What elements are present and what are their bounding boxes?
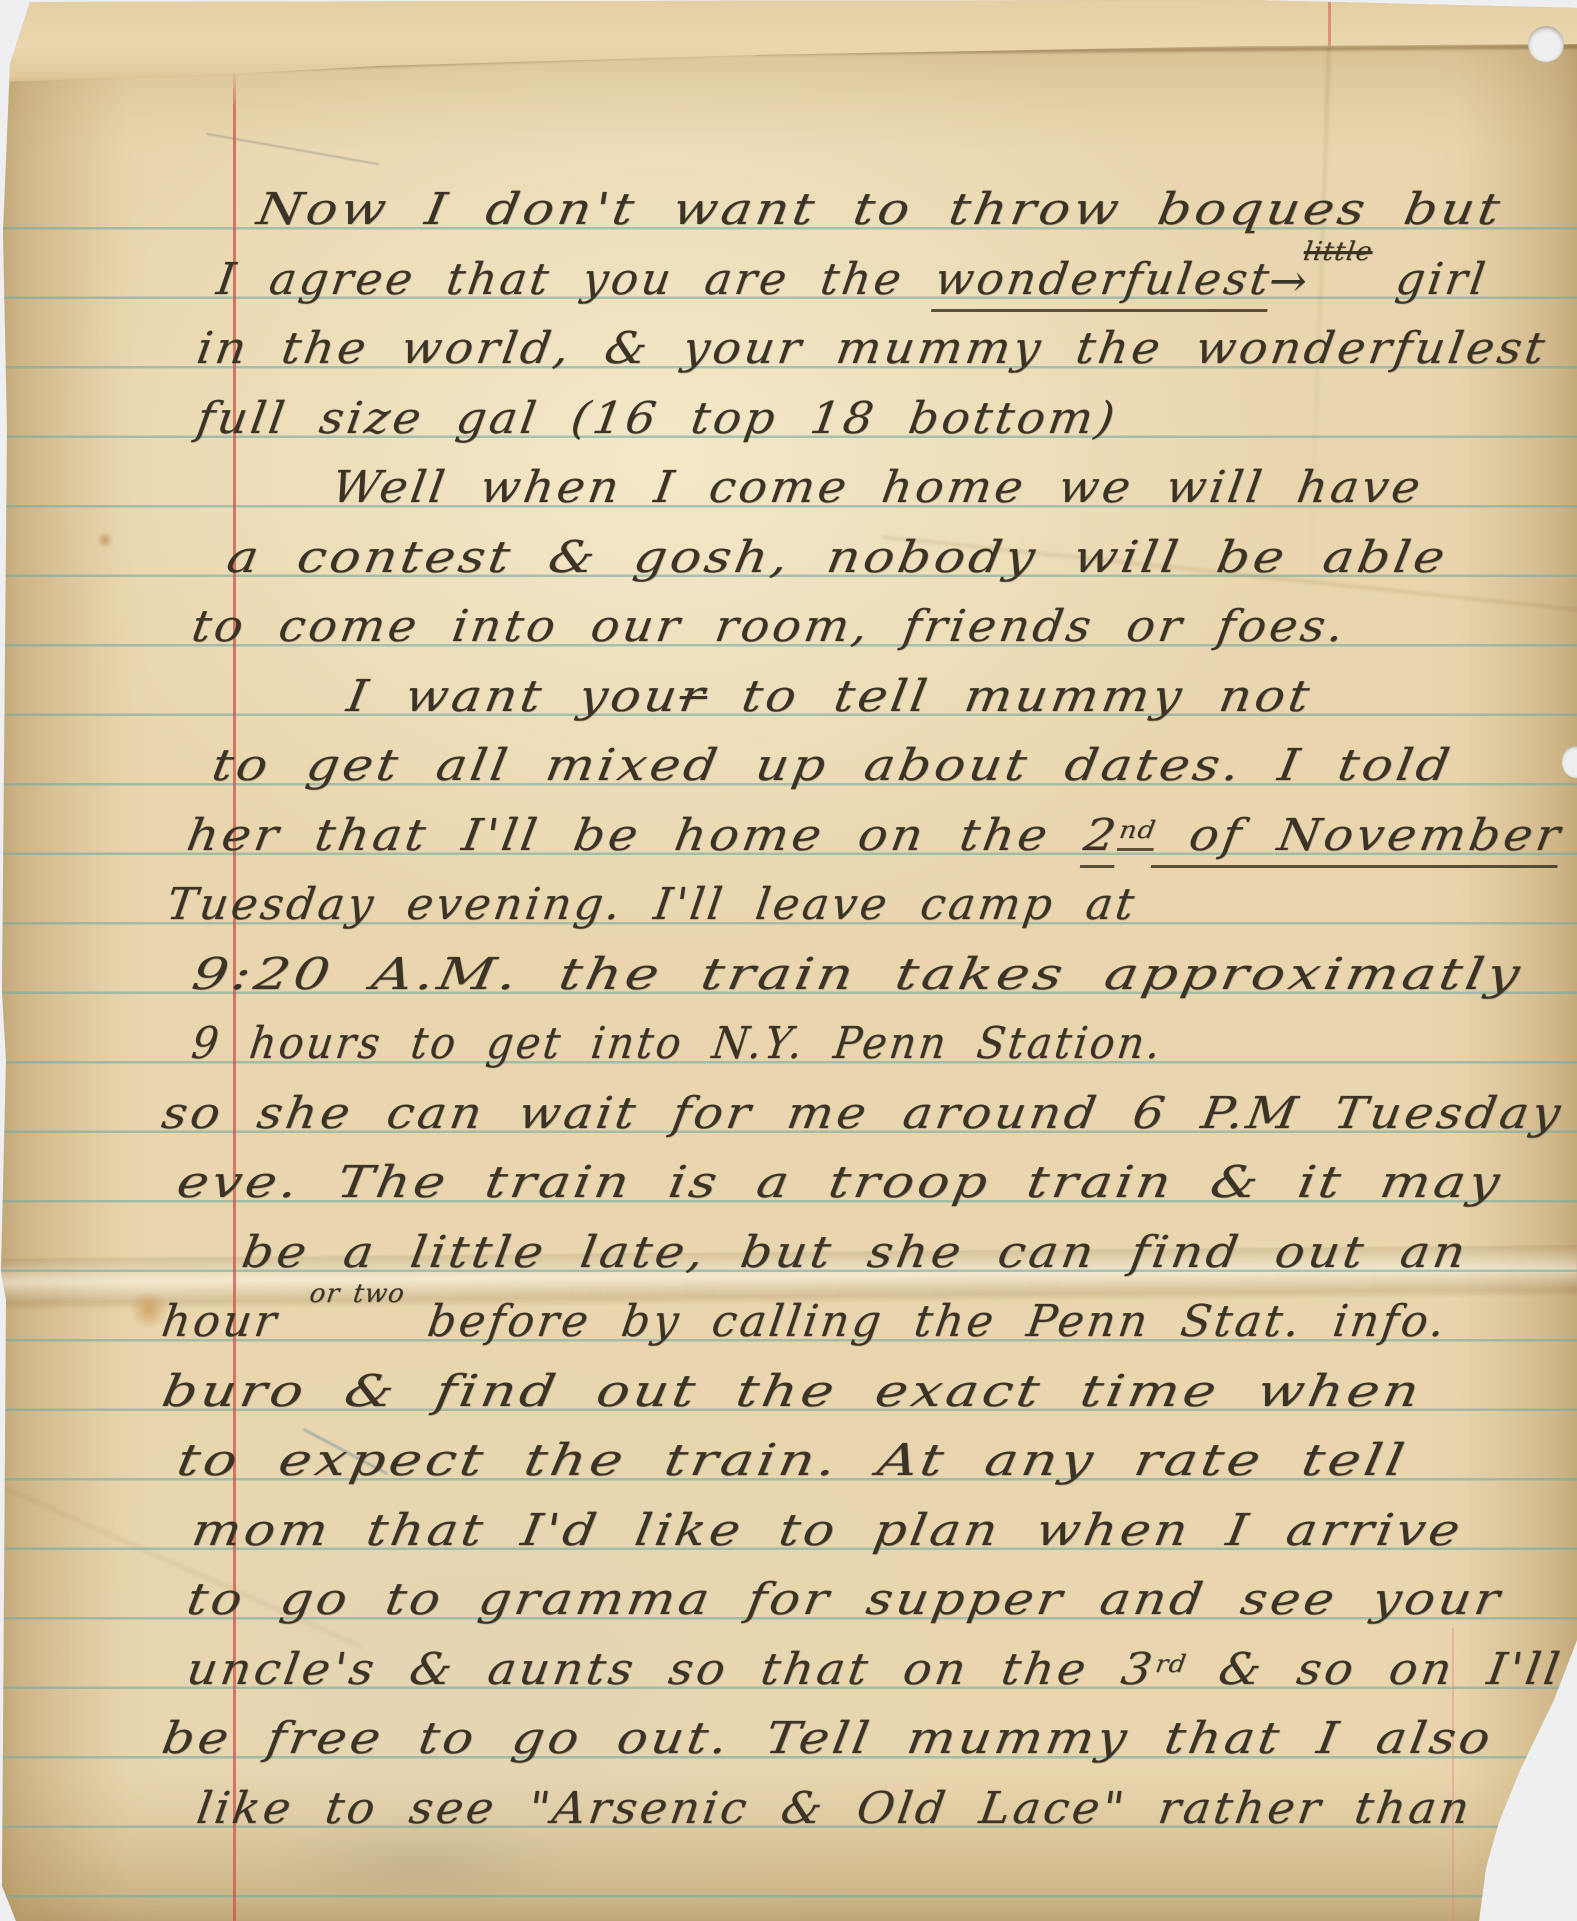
text-segment: 9:20 A.M. the train takes approximatly bbox=[188, 949, 1527, 1000]
handwritten-line: 9 hours to get into N.Y. Penn Station. bbox=[188, 1018, 1166, 1076]
text-segment: to come into our room, friends or foes. bbox=[188, 601, 1350, 652]
handwritten-line: uncle's & aunts so that on the 3rd & so … bbox=[182, 1644, 1566, 1702]
handwritten-line: be a little late, but she can find out a… bbox=[237, 1227, 1472, 1285]
text-segment: Tuesday evening. I'll leave camp at bbox=[164, 879, 1141, 930]
handwritten-line: to expect the train. At any rate tell bbox=[172, 1435, 1412, 1493]
text-segment: be a little late, but she can find out a… bbox=[238, 1227, 1472, 1278]
letter-page: Now I don't want to throw boques butI ag… bbox=[0, 0, 1577, 1921]
handwritten-line: 9:20 A.M. the train takes approximatly bbox=[187, 949, 1527, 1007]
text-segment: Well when I come home we will have bbox=[328, 462, 1426, 513]
text-segment: in the world, & your mummy the wonderful… bbox=[193, 323, 1550, 374]
handwriting-layer: Now I don't want to throw boques butI ag… bbox=[0, 0, 1577, 1921]
text-segment: I want you bbox=[343, 671, 684, 722]
scanned-handwritten-letter: { "document": { "kind": "handwritten let… bbox=[0, 0, 1577, 1921]
inserted-word: little bbox=[1302, 237, 1375, 267]
handwritten-line: to get all mixed up about dates. I told bbox=[207, 740, 1456, 798]
text-segment: to expect the train. At any rate tell bbox=[173, 1435, 1411, 1486]
text-segment: nd bbox=[1116, 815, 1158, 850]
text-segment: uncle's & aunts so that on the bbox=[183, 1644, 1125, 1695]
handwritten-line: I want your to tell mummy not bbox=[342, 671, 1316, 729]
text-segment: of November bbox=[1150, 810, 1566, 868]
handwritten-line: in the world, & your mummy the wonderful… bbox=[192, 323, 1550, 381]
text-segment: 9 hours to get into N.Y. Penn Station. bbox=[189, 1018, 1166, 1069]
text-segment: hour bbox=[159, 1296, 314, 1347]
text-segment: to get all mixed up about dates. I told bbox=[208, 740, 1456, 791]
handwritten-line: so she can wait for me around 6 P.M Tues… bbox=[157, 1088, 1567, 1146]
text-segment: 3 bbox=[1118, 1644, 1159, 1695]
text-segment: eve. The train is a troop train & it may bbox=[173, 1157, 1506, 1208]
handwritten-line: buro & find out the exact time when bbox=[157, 1366, 1427, 1424]
handwritten-line: a contest & gosh, nobody will be able bbox=[222, 532, 1452, 590]
text-segment: & so on I'll bbox=[1182, 1644, 1566, 1695]
text-segment: a contest & gosh, nobody will be able bbox=[223, 532, 1451, 583]
text-segment: rd bbox=[1154, 1649, 1189, 1677]
text-segment: be free to go out. Tell mummy that I als… bbox=[158, 1713, 1497, 1764]
text-segment: buro & find out the exact time when bbox=[158, 1366, 1426, 1417]
text-segment: mom that I'd like to plan when I arrive bbox=[188, 1505, 1467, 1556]
handwritten-line: mom that I'd like to plan when I arrive bbox=[187, 1505, 1467, 1563]
inserted-word: or two bbox=[308, 1279, 407, 1309]
text-segment: to go to gramma for supper and see your bbox=[183, 1574, 1506, 1625]
text-segment: wonderfulest bbox=[931, 254, 1275, 312]
handwritten-line: hour or two before by calling the Penn S… bbox=[158, 1296, 1451, 1354]
handwritten-line: be free to go out. Tell mummy that I als… bbox=[157, 1713, 1497, 1771]
text-segment: like to see "Arsenic & Old Lace" rather … bbox=[193, 1783, 1475, 1834]
text-segment: to tell mummy not bbox=[703, 671, 1316, 722]
handwritten-line: eve. The train is a troop train & it may bbox=[172, 1157, 1507, 1215]
handwritten-line: I agree that you are the wonderfulest→li… bbox=[213, 254, 1492, 312]
text-segment: girl bbox=[1361, 254, 1491, 305]
handwritten-line: to come into our room, friends or foes. bbox=[187, 601, 1350, 659]
text-segment: so she can wait for me around 6 P.M Tues… bbox=[158, 1088, 1567, 1139]
text-segment: full size gal (16 top 18 bottom) bbox=[193, 393, 1121, 444]
text-segment: Now I don't want to throw boques but bbox=[253, 184, 1506, 235]
handwritten-line: Tuesday evening. I'll leave camp at bbox=[163, 879, 1141, 937]
text-segment: before by calling the Penn Stat. info. bbox=[393, 1296, 1450, 1347]
text-segment: I agree that you are the bbox=[214, 254, 940, 305]
handwritten-line: her that I'll be home on the 2nd of Nove… bbox=[182, 810, 1566, 868]
handwritten-line: full size gal (16 top 18 bottom) bbox=[192, 393, 1121, 451]
handwritten-line: Well when I come home we will have bbox=[327, 462, 1426, 520]
handwritten-line: Now I don't want to throw boques but bbox=[252, 184, 1507, 242]
handwritten-line: to go to gramma for supper and see your bbox=[182, 1574, 1506, 1632]
text-segment: her that I'll be home on the bbox=[183, 810, 1088, 861]
handwritten-line: like to see "Arsenic & Old Lace" rather … bbox=[192, 1783, 1475, 1841]
